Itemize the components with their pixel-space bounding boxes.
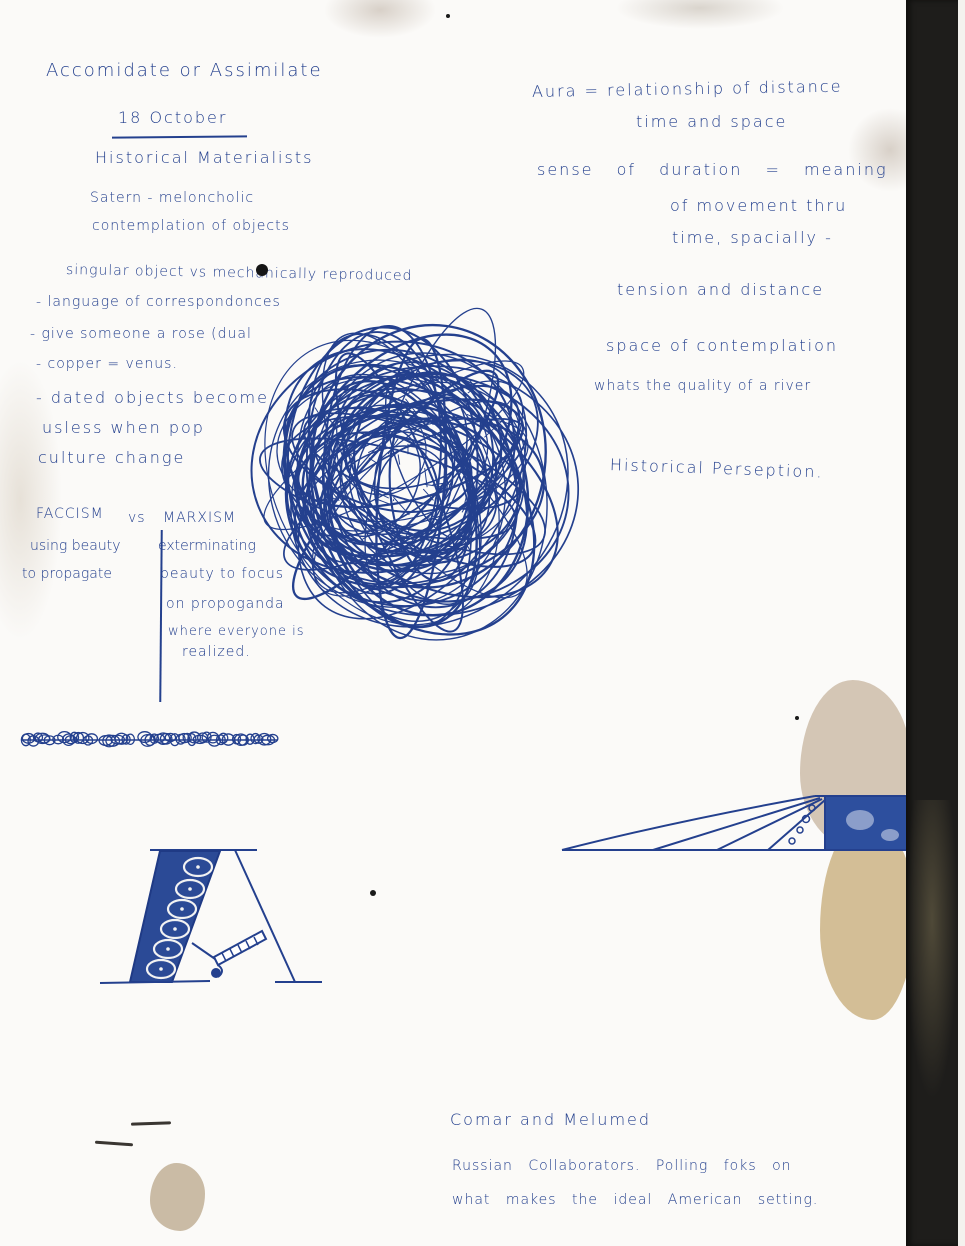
decorated-letter-a-drawing (100, 845, 330, 985)
ink-speck (446, 14, 450, 18)
right-note-line: sense of duration = meaning (537, 160, 888, 179)
right-note-line: of movement thru (670, 196, 847, 215)
pencil-dash (131, 1121, 171, 1125)
comparison-right-line: realized. (182, 644, 251, 660)
ink-speck (370, 890, 376, 896)
right-note-line: tension and distance (617, 280, 824, 299)
note-line: - copper = venus. (36, 356, 178, 372)
comparison-left-heading: FACCISM (36, 506, 104, 522)
note-line: Satern - meloncholic (90, 190, 254, 206)
right-note-line: Aura = relationship of distance (532, 77, 843, 101)
pencil-dash (95, 1141, 133, 1147)
notes-title: Accomidate or Assimilate (46, 60, 323, 81)
date-underline (112, 135, 247, 138)
bottom-note-title: Comar and Melumed (450, 1110, 651, 1129)
note-line: - give someone a rose (dual (30, 326, 252, 342)
comparison-divider (159, 530, 163, 702)
notebook-page: Accomidate or Assimilate 18 October Hist… (0, 0, 965, 1246)
note-line: singular object vs mechanically reproduc… (66, 262, 413, 284)
binding-stain (906, 800, 958, 1100)
bottom-note-line: Russian Collaborators. Polling foks on (452, 1158, 792, 1174)
note-line: contemplation of objects (92, 218, 290, 234)
right-note-line: time and space (636, 112, 787, 131)
comparison-right-heading: MARXISM (163, 510, 236, 526)
note-line: - language of correspondonces (36, 294, 281, 310)
right-note-heading: Historical Perseption. (610, 455, 824, 481)
note-line: culture change (38, 448, 185, 467)
right-note-line: space of contemplation (606, 336, 838, 355)
comparison-vs: vs (128, 510, 146, 526)
note-line: - dated objects become (36, 388, 269, 407)
bottom-note-line: what makes the ideal American setting. (452, 1192, 818, 1208)
comparison-left-line: to propagate (22, 566, 112, 582)
ink-blot (256, 264, 268, 276)
comparison-left-line: using beauty (30, 538, 121, 554)
right-note-line: time, spacially - (672, 228, 833, 247)
perspective-wedge-drawing (560, 790, 910, 860)
scribble-ball-drawing (240, 315, 570, 635)
page-edge (958, 0, 965, 1246)
right-note-line: whats the quality of a river (594, 378, 811, 394)
note-line: usless when pop (42, 418, 205, 437)
notes-date: 18 October (118, 108, 227, 127)
ink-speck (795, 716, 799, 720)
crossed-out-words (22, 728, 282, 750)
coffee-stain (150, 1163, 205, 1231)
notes-heading: Historical Materialists (95, 148, 313, 167)
